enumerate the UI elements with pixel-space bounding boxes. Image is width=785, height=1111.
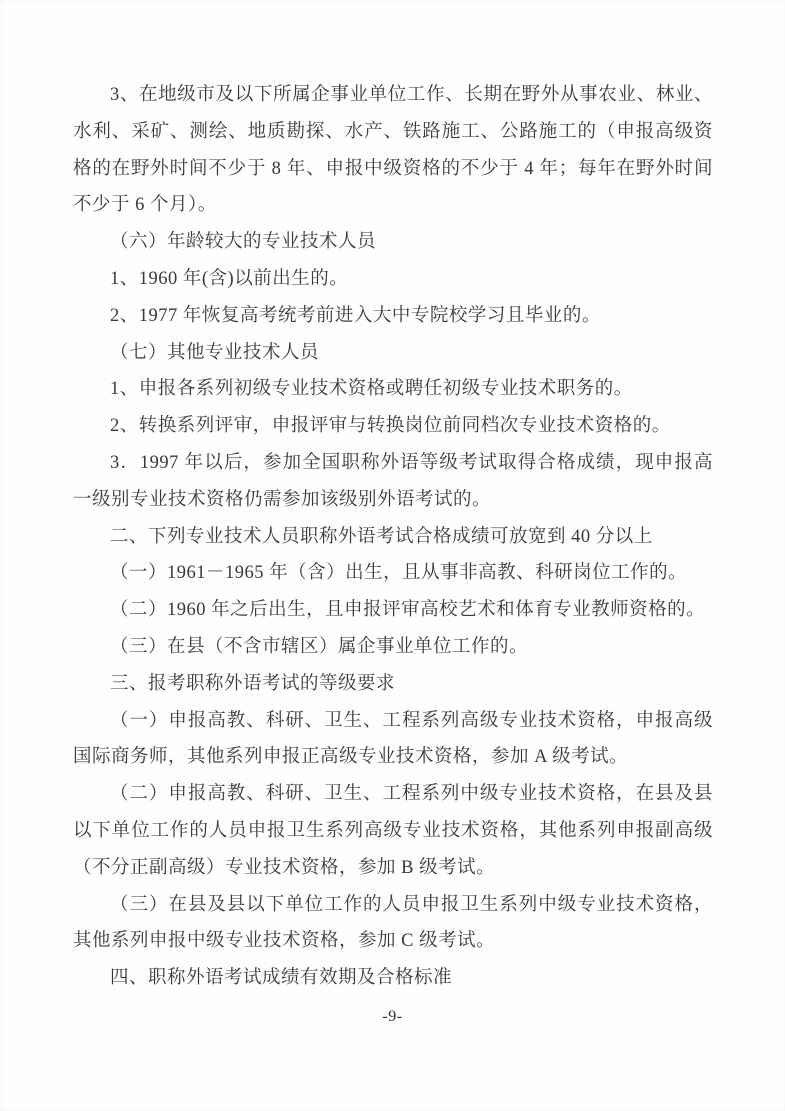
body-paragraph: （二）申报高教、科研、卫生、工程系列中级专业技术资格，在县及县以下单位工作的人员… <box>73 776 713 886</box>
body-paragraph: 2、转换系列评审，申报评审与转换岗位前同档次专业技术资格的。 <box>73 408 713 445</box>
section-heading: 二、下列专业技术人员职称外语考试合格成绩可放宽到 40 分以上 <box>73 519 713 556</box>
document-page: 3、在地级市及以下所属企事业单位工作、长期在野外从事农业、林业、水利、采矿、测绘… <box>0 0 785 1111</box>
body-paragraph: （三）在县及县以下单位工作的人员申报卫生系列中级专业技术资格，其他系列申报中级专… <box>73 887 713 961</box>
body-paragraph: 1、1960 年(含)以前出生的。 <box>73 261 713 298</box>
body-paragraph: 3、在地级市及以下所属企事业单位工作、长期在野外从事农业、林业、水利、采矿、测绘… <box>73 77 713 224</box>
section-heading: （六）年龄较大的专业技术人员 <box>73 224 713 261</box>
body-paragraph: （一）1961－1965 年（含）出生，且从事非高教、科研岗位工作的。 <box>73 555 713 592</box>
body-paragraph: （一）申报高教、科研、卫生、工程系列高级专业技术资格，申报高级国际商务师，其他系… <box>73 703 713 777</box>
body-paragraph: （三）在县（不含市辖区）属企事业单位工作的。 <box>73 629 713 666</box>
page-number: -9- <box>0 1008 785 1026</box>
body-paragraph: 2、1977 年恢复高考统考前进入大中专院校学习且毕业的。 <box>73 298 713 335</box>
body-paragraph: （二）1960 年之后出生，且申报评审高校艺术和体育专业教师资格的。 <box>73 592 713 629</box>
section-heading: （七）其他专业技术人员 <box>73 335 713 372</box>
body-paragraph: 1、申报各系列初级专业技术资格或聘任初级专业技术职务的。 <box>73 371 713 408</box>
section-heading: 三、报考职称外语考试的等级要求 <box>73 666 713 703</box>
section-heading: 四、职称外语考试成绩有效期及合格标准 <box>73 960 713 997</box>
document-body: 3、在地级市及以下所属企事业单位工作、长期在野外从事农业、林业、水利、采矿、测绘… <box>73 77 713 997</box>
body-paragraph: 3．1997 年以后，参加全国职称外语等级考试取得合格成绩，现申报高一级别专业技… <box>73 445 713 519</box>
